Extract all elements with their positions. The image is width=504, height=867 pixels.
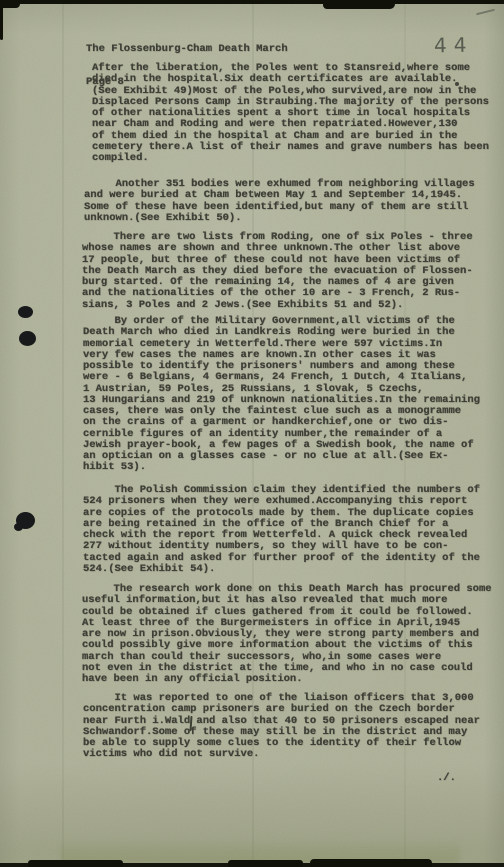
paragraph-5: The Polish Commission claim they identif… [83,485,480,575]
pencil-mark-top-right [476,9,495,16]
paragraph-1: After the liberation, the Poles went to … [92,63,489,164]
scanned-document-page: The Flossenburg-Cham Death March Page 8 … [0,0,504,867]
hole-punch-ink-mark [14,523,23,531]
document-title: The Flossenburg-Cham Death March [86,44,288,55]
scan-edge-bottom-blob [310,859,432,867]
paragraph-7: It was reported to one of the liaison of… [83,693,480,761]
scan-edge-left [0,0,3,40]
handwritten-page-number: 44 [434,35,474,56]
paper-fold-line [62,0,64,867]
hole-punch-ink-mark [19,331,36,346]
continuation-mark: ./. [437,773,456,784]
hole-punch-ink-mark [18,306,33,318]
scan-edge-bottom-blob [228,860,303,867]
scan-edge-top [0,0,504,4]
scan-edge-bottom-blob [28,860,123,867]
paragraph-2: Another 351 bodies were exhumed from nei… [84,179,475,224]
ink-speck [455,82,459,86]
scan-edge-top-blob [323,0,395,9]
paragraph-6: The research work done on this Death Mar… [82,584,492,685]
paragraph-3: There are two lists from Roding, one of … [82,232,473,311]
scan-edge-top-left [0,0,20,8]
paragraph-4: By order of the Military Government,all … [83,316,480,474]
